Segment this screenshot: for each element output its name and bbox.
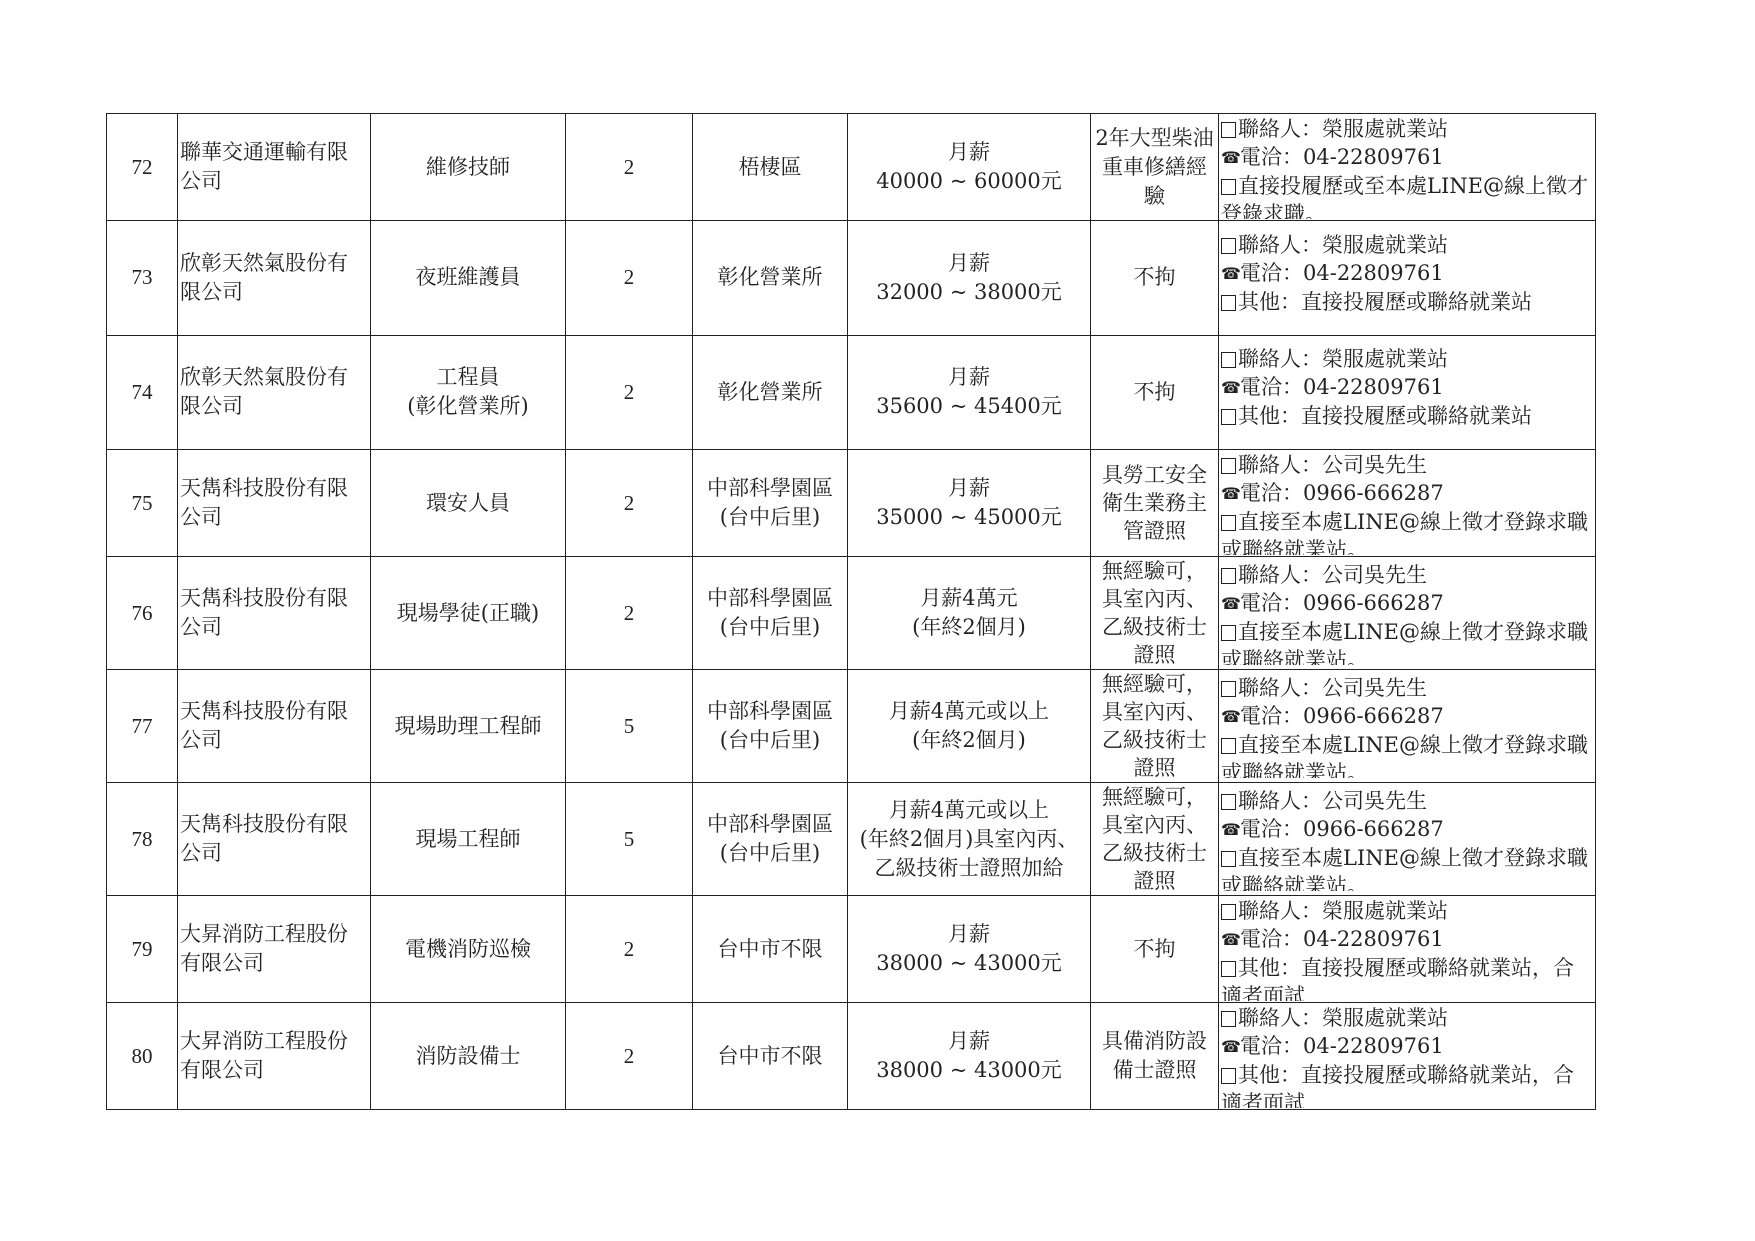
salary-cell: 月薪4萬元或以上(年終2個月)	[848, 670, 1091, 783]
contact-cell: 聯絡人：榮服處就業站☎電洽：04-22809761其他：直接投履歷或聯絡就業站，…	[1219, 1003, 1596, 1110]
contact-line: ☎電洽：0966-666287	[1221, 815, 1593, 844]
openings-count: 2	[624, 601, 635, 625]
work-location: 彰化營業所	[695, 378, 845, 407]
contact-line: ☎電洽：0966-666287	[1221, 479, 1593, 508]
requirement-cell: 無經驗可，具室內丙、乙級技術士證照	[1091, 670, 1219, 783]
job-title-cell: 現場學徒(正職)	[371, 557, 566, 670]
salary-text: 38000 ~ 43000元	[850, 1056, 1088, 1085]
row-number-cell: 75	[107, 450, 178, 557]
contact-info: 聯絡人：榮服處就業站☎電洽：04-22809761其他：直接投履歷或聯絡就業站，…	[1221, 1004, 1593, 1108]
contact-text: 聯絡人：公司吳先生	[1238, 563, 1427, 587]
location-cell: 彰化營業所	[693, 335, 848, 450]
checkbox-icon	[1221, 625, 1236, 641]
job-title-cell: 夜班維護員	[371, 221, 566, 336]
contact-text: 聯絡人：公司吳先生	[1238, 789, 1427, 813]
company-name: 天雋科技股份有限公司	[180, 699, 348, 752]
contact-info: 聯絡人：公司吳先生☎電洽：0966-666287直接至本處LINE@線上徵才登錄…	[1221, 674, 1593, 778]
location-cell: 台中市不限	[693, 896, 848, 1003]
phone-icon: ☎	[1221, 1033, 1240, 1061]
salary-text: 月薪	[850, 138, 1088, 167]
contact-text: 聯絡人：公司吳先生	[1238, 453, 1427, 477]
company-name: 欣彰天然氣股份有限公司	[180, 365, 348, 418]
contact-line: ☎電洽：04-22809761	[1221, 1032, 1593, 1061]
contact-text: 直接至本處LINE@線上徵才登錄求職或聯絡就業站。	[1221, 846, 1588, 891]
location-cell: 中部科學園區(台中后里)	[693, 450, 848, 557]
company-name: 欣彰天然氣股份有限公司	[180, 251, 348, 304]
salary-text: 月薪	[850, 249, 1088, 278]
contact-line: ☎電洽：0966-666287	[1221, 589, 1593, 618]
salary-text: 月薪	[850, 920, 1088, 949]
row-number: 80	[132, 1044, 153, 1068]
requirement-cell: 具備消防設備士證照	[1091, 1003, 1219, 1110]
job-title: 消防設備士	[373, 1042, 563, 1071]
openings-count-cell: 2	[566, 896, 693, 1003]
contact-cell: 聯絡人：公司吳先生☎電洽：0966-666287直接至本處LINE@線上徵才登錄…	[1219, 670, 1596, 783]
salary-text: 32000 ~ 38000元	[850, 278, 1088, 307]
row-number: 76	[132, 601, 153, 625]
contact-text: 電洽：04-22809761	[1240, 145, 1444, 169]
requirement-cell: 具勞工安全衛生業務主管證照	[1091, 450, 1219, 557]
contact-line: 直接至本處LINE@線上徵才登錄求職或聯絡就業站。	[1221, 844, 1593, 891]
checkbox-icon	[1221, 179, 1236, 195]
contact-info: 聯絡人：榮服處就業站☎電洽：04-22809761其他：直接投履歷或聯絡就業站，…	[1221, 897, 1593, 1001]
job-title: 工程員	[373, 363, 563, 392]
requirement-text: 無經驗可，具室內丙、乙級技術士證照	[1093, 670, 1216, 782]
work-location: 中部科學園區	[695, 474, 845, 503]
company-name: 聯華交通運輸有限公司	[180, 140, 348, 193]
salary-text: (年終2個月)	[850, 726, 1088, 755]
row-number-cell: 78	[107, 783, 178, 896]
contact-info: 聯絡人：公司吳先生☎電洽：0966-666287直接至本處LINE@線上徵才登錄…	[1221, 787, 1593, 891]
contact-line: ☎電洽：04-22809761	[1221, 373, 1593, 402]
table-row: 72聯華交通運輸有限公司維修技師2梧棲區月薪40000 ~ 60000元2年大型…	[107, 114, 1596, 221]
openings-count: 2	[624, 155, 635, 179]
company-name: 天雋科技股份有限公司	[180, 586, 348, 639]
salary-text: 38000 ~ 43000元	[850, 949, 1088, 978]
salary-cell: 月薪4萬元(年終2個月)	[848, 557, 1091, 670]
contact-cell: 聯絡人：榮服處就業站☎電洽：04-22809761直接投履歷或至本處LINE@線…	[1219, 114, 1596, 221]
salary-text: 月薪	[850, 1027, 1088, 1056]
company-name: 大昇消防工程股份有限公司	[180, 922, 348, 975]
contact-cell: 聯絡人：榮服處就業站☎電洽：04-22809761其他：直接投履歷或聯絡就業站	[1219, 221, 1596, 336]
checkbox-icon	[1221, 904, 1236, 920]
salary-text: 40000 ~ 60000元	[850, 167, 1088, 196]
contact-line: 聯絡人：公司吳先生	[1221, 674, 1593, 702]
checkbox-icon	[1221, 738, 1236, 754]
openings-count-cell: 2	[566, 557, 693, 670]
contact-cell: 聯絡人：公司吳先生☎電洽：0966-666287直接至本處LINE@線上徵才登錄…	[1219, 450, 1596, 557]
openings-count: 5	[624, 714, 635, 738]
job-title-cell: 環安人員	[371, 450, 566, 557]
checkbox-icon	[1221, 851, 1236, 867]
phone-icon: ☎	[1221, 926, 1240, 954]
row-number-cell: 73	[107, 221, 178, 336]
contact-info: 聯絡人：榮服處就業站☎電洽：04-22809761直接投履歷或至本處LINE@線…	[1221, 115, 1593, 219]
checkbox-icon	[1221, 352, 1236, 368]
requirement-text: 不拘	[1093, 378, 1216, 407]
salary-text: 35000 ~ 45000元	[850, 503, 1088, 532]
contact-info: 聯絡人：榮服處就業站☎電洽：04-22809761其他：直接投履歷或聯絡就業站	[1221, 221, 1593, 335]
job-title: 現場助理工程師	[373, 712, 563, 741]
openings-count-cell: 2	[566, 114, 693, 221]
table-row: 74欣彰天然氣股份有限公司工程員(彰化營業所)2彰化營業所月薪35600 ~ 4…	[107, 335, 1596, 450]
contact-line: 直接至本處LINE@線上徵才登錄求職或聯絡就業站。	[1221, 618, 1593, 665]
work-location: 中部科學園區	[695, 584, 845, 613]
contact-line: 其他：直接投履歷或聯絡就業站，合適者面試	[1221, 1061, 1593, 1108]
job-title-cell: 消防設備士	[371, 1003, 566, 1110]
job-title-cell: 現場工程師	[371, 783, 566, 896]
contact-text: 其他：直接投履歷或聯絡就業站，合適者面試	[1221, 1063, 1574, 1108]
company-cell: 大昇消防工程股份有限公司	[178, 1003, 371, 1110]
contact-line: 直接至本處LINE@線上徵才登錄求職或聯絡就業站。	[1221, 508, 1593, 555]
work-location: 中部科學園區	[695, 810, 845, 839]
openings-count: 5	[624, 827, 635, 851]
contact-text: 直接至本處LINE@線上徵才登錄求職或聯絡就業站。	[1221, 620, 1588, 665]
location-cell: 彰化營業所	[693, 221, 848, 336]
table-row: 73欣彰天然氣股份有限公司夜班維護員2彰化營業所月薪32000 ~ 38000元…	[107, 221, 1596, 336]
company-cell: 天雋科技股份有限公司	[178, 450, 371, 557]
checkbox-icon	[1221, 568, 1236, 584]
openings-count-cell: 2	[566, 335, 693, 450]
checkbox-icon	[1221, 458, 1236, 474]
phone-icon: ☎	[1221, 590, 1240, 618]
phone-icon: ☎	[1221, 374, 1240, 402]
checkbox-icon	[1221, 122, 1236, 138]
contact-text: 聯絡人：榮服處就業站	[1238, 233, 1448, 257]
company-cell: 欣彰天然氣股份有限公司	[178, 335, 371, 450]
company-cell: 天雋科技股份有限公司	[178, 557, 371, 670]
phone-icon: ☎	[1221, 816, 1240, 844]
contact-text: 聯絡人：榮服處就業站	[1238, 899, 1448, 923]
requirement-text: 不拘	[1093, 263, 1216, 292]
salary-cell: 月薪32000 ~ 38000元	[848, 221, 1091, 336]
contact-line: 聯絡人：公司吳先生	[1221, 451, 1593, 479]
contact-text: 電洽：04-22809761	[1240, 927, 1444, 951]
company-name: 天雋科技股份有限公司	[180, 812, 348, 865]
contact-text: 電洽：04-22809761	[1240, 261, 1444, 285]
salary-text: 月薪4萬元或以上	[850, 697, 1088, 726]
location-cell: 中部科學園區(台中后里)	[693, 783, 848, 896]
contact-text: 直接投履歷或至本處LINE@線上徵才登錄求職。	[1221, 174, 1588, 219]
requirement-text: 具勞工安全衛生業務主管證照	[1093, 461, 1216, 545]
requirement-cell: 2年大型柴油重車修繕經驗	[1091, 114, 1219, 221]
company-name: 天雋科技股份有限公司	[180, 476, 348, 529]
contact-cell: 聯絡人：榮服處就業站☎電洽：04-22809761其他：直接投履歷或聯絡就業站	[1219, 335, 1596, 450]
row-number: 74	[132, 380, 153, 404]
job-title: 環安人員	[373, 489, 563, 518]
job-listings-table: 72聯華交通運輸有限公司維修技師2梧棲區月薪40000 ~ 60000元2年大型…	[106, 113, 1596, 1110]
openings-count-cell: 2	[566, 450, 693, 557]
requirement-cell: 無經驗可，具室內丙、乙級技術士證照	[1091, 783, 1219, 896]
salary-text: 乙級技術士證照加給	[850, 854, 1088, 883]
company-cell: 大昇消防工程股份有限公司	[178, 896, 371, 1003]
openings-count-cell: 2	[566, 1003, 693, 1110]
job-title: 電機消防巡檢	[373, 935, 563, 964]
table-row: 76天雋科技股份有限公司現場學徒(正職)2中部科學園區(台中后里)月薪4萬元(年…	[107, 557, 1596, 670]
row-number-cell: 76	[107, 557, 178, 670]
phone-icon: ☎	[1221, 144, 1240, 172]
job-title: 現場工程師	[373, 825, 563, 854]
job-title-cell: 現場助理工程師	[371, 670, 566, 783]
table-row: 80大昇消防工程股份有限公司消防設備士2台中市不限月薪38000 ~ 43000…	[107, 1003, 1596, 1110]
contact-line: 聯絡人：榮服處就業站	[1221, 231, 1593, 259]
row-number: 75	[132, 491, 153, 515]
phone-icon: ☎	[1221, 703, 1240, 731]
contact-text: 其他：直接投履歷或聯絡就業站	[1238, 290, 1532, 314]
salary-text: 月薪	[850, 363, 1088, 392]
company-cell: 聯華交通運輸有限公司	[178, 114, 371, 221]
contact-cell: 聯絡人：榮服處就業站☎電洽：04-22809761其他：直接投履歷或聯絡就業站，…	[1219, 896, 1596, 1003]
row-number-cell: 80	[107, 1003, 178, 1110]
row-number: 79	[132, 937, 153, 961]
salary-text: (年終2個月)具室內丙、	[850, 825, 1088, 854]
contact-text: 聯絡人：公司吳先生	[1238, 676, 1427, 700]
salary-cell: 月薪38000 ~ 43000元	[848, 1003, 1091, 1110]
work-location: 台中市不限	[695, 935, 845, 964]
work-location: (台中后里)	[695, 613, 845, 642]
location-cell: 梧棲區	[693, 114, 848, 221]
checkbox-icon	[1221, 1011, 1236, 1027]
requirement-cell: 無經驗可，具室內丙、乙級技術士證照	[1091, 557, 1219, 670]
table-row: 75天雋科技股份有限公司環安人員2中部科學園區(台中后里)月薪35000 ~ 4…	[107, 450, 1596, 557]
openings-count: 2	[624, 1044, 635, 1068]
checkbox-icon	[1221, 794, 1236, 810]
job-title: 夜班維護員	[373, 263, 563, 292]
job-title-cell: 電機消防巡檢	[371, 896, 566, 1003]
contact-cell: 聯絡人：公司吳先生☎電洽：0966-666287直接至本處LINE@線上徵才登錄…	[1219, 557, 1596, 670]
contact-cell: 聯絡人：公司吳先生☎電洽：0966-666287直接至本處LINE@線上徵才登錄…	[1219, 783, 1596, 896]
contact-text: 電洽：04-22809761	[1240, 375, 1444, 399]
contact-line: 其他：直接投履歷或聯絡就業站	[1221, 402, 1593, 430]
checkbox-icon	[1221, 295, 1236, 311]
row-number-cell: 72	[107, 114, 178, 221]
salary-cell: 月薪35600 ~ 45400元	[848, 335, 1091, 450]
contact-line: ☎電洽：04-22809761	[1221, 143, 1593, 172]
contact-text: 電洽：0966-666287	[1240, 817, 1444, 841]
checkbox-icon	[1221, 681, 1236, 697]
contact-text: 電洽：0966-666287	[1240, 704, 1444, 728]
job-title: 維修技師	[373, 153, 563, 182]
openings-count-cell: 5	[566, 783, 693, 896]
phone-icon: ☎	[1221, 260, 1240, 288]
requirement-text: 2年大型柴油重車修繕經驗	[1093, 124, 1216, 211]
openings-count: 2	[624, 380, 635, 404]
work-location: 中部科學園區	[695, 697, 845, 726]
work-location: 彰化營業所	[695, 263, 845, 292]
contact-text: 其他：直接投履歷或聯絡就業站	[1238, 404, 1532, 428]
salary-text: 月薪	[850, 474, 1088, 503]
salary-cell: 月薪38000 ~ 43000元	[848, 896, 1091, 1003]
contact-line: ☎電洽：04-22809761	[1221, 259, 1593, 288]
job-title: 現場學徒(正職)	[373, 599, 563, 628]
contact-line: 聯絡人：榮服處就業站	[1221, 1004, 1593, 1032]
salary-text: (年終2個月)	[850, 613, 1088, 642]
contact-line: 直接至本處LINE@線上徵才登錄求職或聯絡就業站。	[1221, 731, 1593, 778]
openings-count-cell: 2	[566, 221, 693, 336]
location-cell: 中部科學園區(台中后里)	[693, 557, 848, 670]
openings-count-cell: 5	[566, 670, 693, 783]
row-number-cell: 77	[107, 670, 178, 783]
table-row: 77天雋科技股份有限公司現場助理工程師5中部科學園區(台中后里)月薪4萬元或以上…	[107, 670, 1596, 783]
location-cell: 台中市不限	[693, 1003, 848, 1110]
checkbox-icon	[1221, 1068, 1236, 1084]
company-cell: 欣彰天然氣股份有限公司	[178, 221, 371, 336]
checkbox-icon	[1221, 238, 1236, 254]
row-number: 78	[132, 827, 153, 851]
row-number-cell: 79	[107, 896, 178, 1003]
requirement-text: 不拘	[1093, 935, 1216, 964]
job-title-cell: 維修技師	[371, 114, 566, 221]
requirement-cell: 不拘	[1091, 221, 1219, 336]
salary-text: 月薪4萬元	[850, 584, 1088, 613]
company-name: 大昇消防工程股份有限公司	[180, 1029, 348, 1082]
job-title: (彰化營業所)	[373, 392, 563, 421]
salary-cell: 月薪4萬元或以上(年終2個月)具室內丙、乙級技術士證照加給	[848, 783, 1091, 896]
contact-line: 聯絡人：榮服處就業站	[1221, 897, 1593, 925]
location-cell: 中部科學園區(台中后里)	[693, 670, 848, 783]
checkbox-icon	[1221, 515, 1236, 531]
salary-cell: 月薪40000 ~ 60000元	[848, 114, 1091, 221]
row-number: 77	[132, 714, 153, 738]
contact-line: 聯絡人：榮服處就業站	[1221, 345, 1593, 373]
contact-line: 直接投履歷或至本處LINE@線上徵才登錄求職。	[1221, 172, 1593, 219]
contact-text: 電洽：0966-666287	[1240, 591, 1444, 615]
table-row: 79大昇消防工程股份有限公司電機消防巡檢2台中市不限月薪38000 ~ 4300…	[107, 896, 1596, 1003]
work-location: (台中后里)	[695, 726, 845, 755]
contact-line: 聯絡人：公司吳先生	[1221, 561, 1593, 589]
contact-text: 直接至本處LINE@線上徵才登錄求職或聯絡就業站。	[1221, 733, 1588, 778]
salary-text: 35600 ~ 45400元	[850, 392, 1088, 421]
contact-text: 聯絡人：榮服處就業站	[1238, 347, 1448, 371]
row-number: 72	[132, 155, 153, 179]
work-location: 台中市不限	[695, 1042, 845, 1071]
requirement-text: 無經驗可，具室內丙、乙級技術士證照	[1093, 783, 1216, 895]
contact-info: 聯絡人：公司吳先生☎電洽：0966-666287直接至本處LINE@線上徵才登錄…	[1221, 451, 1593, 555]
work-location: 梧棲區	[695, 153, 845, 182]
company-cell: 天雋科技股份有限公司	[178, 783, 371, 896]
row-number: 73	[132, 265, 153, 289]
requirement-text: 無經驗可，具室內丙、乙級技術士證照	[1093, 557, 1216, 669]
work-location: (台中后里)	[695, 839, 845, 868]
salary-text: 月薪4萬元或以上	[850, 796, 1088, 825]
work-location: (台中后里)	[695, 503, 845, 532]
checkbox-icon	[1221, 409, 1236, 425]
row-number-cell: 74	[107, 335, 178, 450]
phone-icon: ☎	[1221, 480, 1240, 508]
contact-info: 聯絡人：公司吳先生☎電洽：0966-666287直接至本處LINE@線上徵才登錄…	[1221, 561, 1593, 665]
openings-count: 2	[624, 491, 635, 515]
contact-text: 聯絡人：榮服處就業站	[1238, 117, 1448, 141]
contact-line: ☎電洽：0966-666287	[1221, 702, 1593, 731]
table-row: 78天雋科技股份有限公司現場工程師5中部科學園區(台中后里)月薪4萬元或以上(年…	[107, 783, 1596, 896]
contact-text: 直接至本處LINE@線上徵才登錄求職或聯絡就業站。	[1221, 510, 1588, 555]
contact-line: 聯絡人：榮服處就業站	[1221, 115, 1593, 143]
requirement-text: 具備消防設備士證照	[1093, 1027, 1216, 1085]
openings-count: 2	[624, 937, 635, 961]
openings-count: 2	[624, 265, 635, 289]
job-title-cell: 工程員(彰化營業所)	[371, 335, 566, 450]
contact-line: 聯絡人：公司吳先生	[1221, 787, 1593, 815]
job-listings-body: 72聯華交通運輸有限公司維修技師2梧棲區月薪40000 ~ 60000元2年大型…	[107, 114, 1596, 1110]
contact-info: 聯絡人：榮服處就業站☎電洽：04-22809761其他：直接投履歷或聯絡就業站	[1221, 336, 1593, 450]
checkbox-icon	[1221, 961, 1236, 977]
contact-line: 其他：直接投履歷或聯絡就業站	[1221, 288, 1593, 316]
contact-text: 聯絡人：榮服處就業站	[1238, 1006, 1448, 1030]
company-cell: 天雋科技股份有限公司	[178, 670, 371, 783]
requirement-cell: 不拘	[1091, 896, 1219, 1003]
contact-line: 其他：直接投履歷或聯絡就業站，合適者面試	[1221, 954, 1593, 1001]
contact-text: 電洽：04-22809761	[1240, 1034, 1444, 1058]
contact-text: 電洽：0966-666287	[1240, 481, 1444, 505]
requirement-cell: 不拘	[1091, 335, 1219, 450]
contact-text: 其他：直接投履歷或聯絡就業站，合適者面試	[1221, 956, 1574, 1001]
contact-line: ☎電洽：04-22809761	[1221, 925, 1593, 954]
salary-cell: 月薪35000 ~ 45000元	[848, 450, 1091, 557]
